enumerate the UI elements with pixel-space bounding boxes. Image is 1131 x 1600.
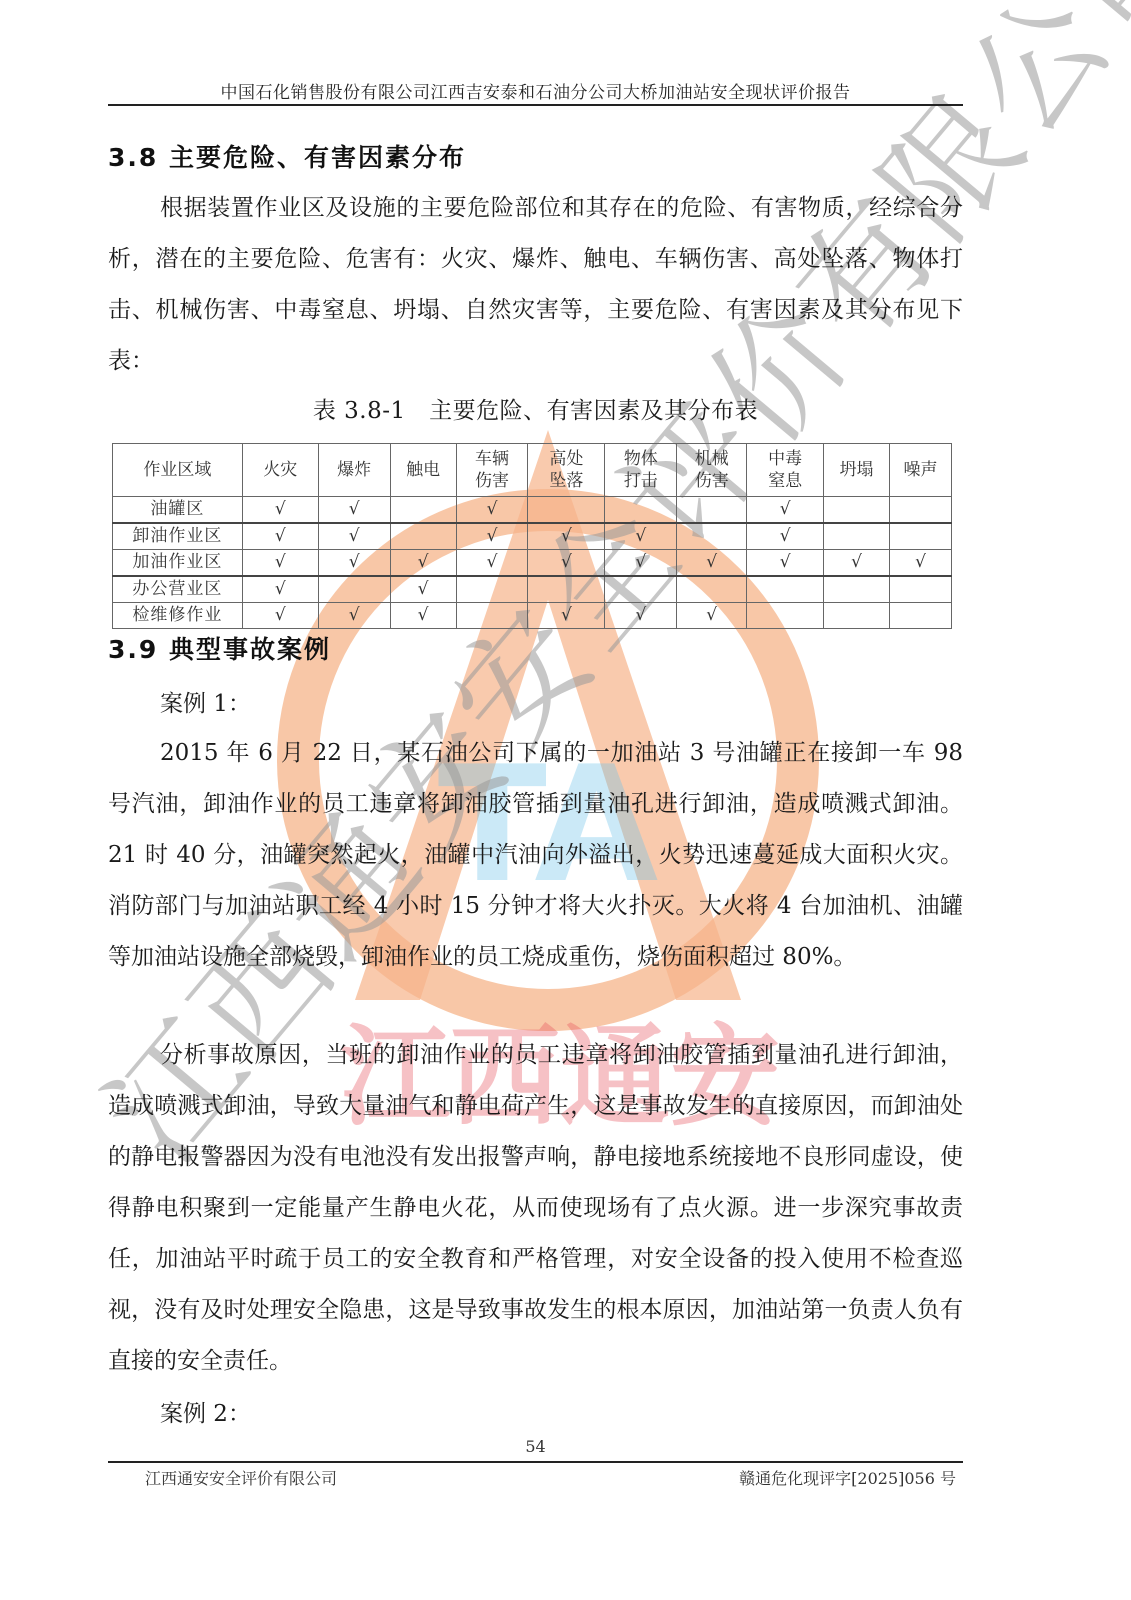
hazard-distribution-table: 作业区域 火灾 爆炸 触电 车辆伤害 高处坠落 物体打击 机械伤害 中毒窒息 坍… [112, 443, 952, 629]
footer-company: 江西通安安全评价有限公司 [145, 1466, 337, 1489]
check-cell: √ [677, 550, 747, 577]
check-cell [890, 603, 952, 629]
check-cell [318, 576, 390, 603]
area-cell: 油罐区 [113, 497, 243, 524]
column-header: 机械伤害 [677, 444, 747, 497]
check-cell: √ [605, 523, 677, 550]
case-1-paragraph: 2015 年 6 月 22 日，某石油公司下属的一加油站 3 号油罐正在接卸一车… [108, 728, 963, 983]
check-cell: √ [318, 603, 390, 629]
check-cell [824, 576, 890, 603]
check-cell [824, 523, 890, 550]
check-cell [456, 576, 528, 603]
page-number: 54 [108, 1437, 963, 1456]
column-header: 作业区域 [113, 444, 243, 497]
check-cell [890, 523, 952, 550]
check-cell: √ [390, 576, 456, 603]
table-row: 办公营业区 √ √ [113, 576, 952, 603]
check-cell [677, 497, 747, 524]
check-cell: √ [242, 550, 318, 577]
column-header: 中毒窒息 [747, 444, 824, 497]
check-cell: √ [318, 497, 390, 524]
check-cell [747, 576, 824, 603]
check-cell: √ [318, 523, 390, 550]
running-header-title: 中国石化销售股份有限公司江西吉安泰和石油分公司大桥加油站安全现状评价报告 [108, 78, 963, 103]
check-cell: √ [242, 497, 318, 524]
area-cell: 检维修作业 [113, 603, 243, 629]
check-cell: √ [605, 603, 677, 629]
check-cell [677, 576, 747, 603]
footer-divider [108, 1461, 963, 1463]
case-1-label: 案例 1： [160, 685, 251, 718]
table-row: 检维修作业 √ √ √ √ √ √ [113, 603, 952, 629]
column-header: 坍塌 [824, 444, 890, 497]
check-cell: √ [747, 497, 824, 524]
footer-document-number: 赣通危化现评字[2025]056 号 [739, 1466, 956, 1489]
check-cell: √ [390, 550, 456, 577]
check-cell [390, 497, 456, 524]
case-1-analysis-paragraph: 分析事故原因，当班的卸油作业的员工违章将卸油胶管插到量油孔进行卸油，造成喷溅式卸… [108, 1030, 963, 1387]
table-caption: 表 3.8-1 主要危险、有害因素及其分布表 [108, 392, 963, 425]
check-cell [890, 497, 952, 524]
check-cell: √ [242, 603, 318, 629]
table-row: 加油作业区 √ √ √ √ √ √ √ √ √ √ [113, 550, 952, 577]
check-cell: √ [242, 523, 318, 550]
check-cell [528, 576, 605, 603]
area-cell: 卸油作业区 [113, 523, 243, 550]
check-cell: √ [747, 550, 824, 577]
column-header: 噪声 [890, 444, 952, 497]
check-cell: √ [528, 550, 605, 577]
check-cell [390, 523, 456, 550]
check-cell: √ [242, 576, 318, 603]
check-cell: √ [677, 603, 747, 629]
check-cell [824, 603, 890, 629]
section-heading-3-9: 3.9 典型事故案例 [108, 630, 331, 666]
check-cell: √ [605, 550, 677, 577]
check-cell: √ [390, 603, 456, 629]
section-intro-paragraph: 根据装置作业区及设施的主要危险部位和其存在的危险、有害物质，经综合分析，潜在的主… [108, 183, 963, 387]
page-content: 中国石化销售股份有限公司江西吉安泰和石油分公司大桥加油站安全现状评价报告 3.8… [0, 0, 1131, 1600]
check-cell: √ [890, 550, 952, 577]
check-cell: √ [824, 550, 890, 577]
check-cell [824, 497, 890, 524]
column-header: 车辆伤害 [456, 444, 528, 497]
check-cell [677, 523, 747, 550]
area-cell: 加油作业区 [113, 550, 243, 577]
check-cell: √ [456, 497, 528, 524]
table-header-row: 作业区域 火灾 爆炸 触电 车辆伤害 高处坠落 物体打击 机械伤害 中毒窒息 坍… [113, 444, 952, 497]
column-header: 物体打击 [605, 444, 677, 497]
column-header: 火灾 [242, 444, 318, 497]
check-cell: √ [456, 523, 528, 550]
column-header: 高处坠落 [528, 444, 605, 497]
check-cell: √ [456, 550, 528, 577]
check-cell [456, 603, 528, 629]
check-cell: √ [747, 523, 824, 550]
header-divider [108, 104, 963, 106]
check-cell: √ [318, 550, 390, 577]
check-cell [528, 497, 605, 524]
document-page: TA 江西通安 江西通安安全评价有限公司 中国石化销售股份有限公司江西吉安泰和石… [0, 0, 1131, 1600]
area-cell: 办公营业区 [113, 576, 243, 603]
column-header: 爆炸 [318, 444, 390, 497]
table-row: 油罐区 √ √ √ √ [113, 497, 952, 524]
check-cell [747, 603, 824, 629]
check-cell: √ [528, 523, 605, 550]
check-cell [605, 576, 677, 603]
table-row: 卸油作业区 √ √ √ √ √ √ [113, 523, 952, 550]
case-2-label: 案例 2： [160, 1395, 251, 1428]
check-cell [605, 497, 677, 524]
section-heading-3-8: 3.8 主要危险、有害因素分布 [108, 138, 466, 174]
check-cell [890, 576, 952, 603]
column-header: 触电 [390, 444, 456, 497]
check-cell: √ [528, 603, 605, 629]
